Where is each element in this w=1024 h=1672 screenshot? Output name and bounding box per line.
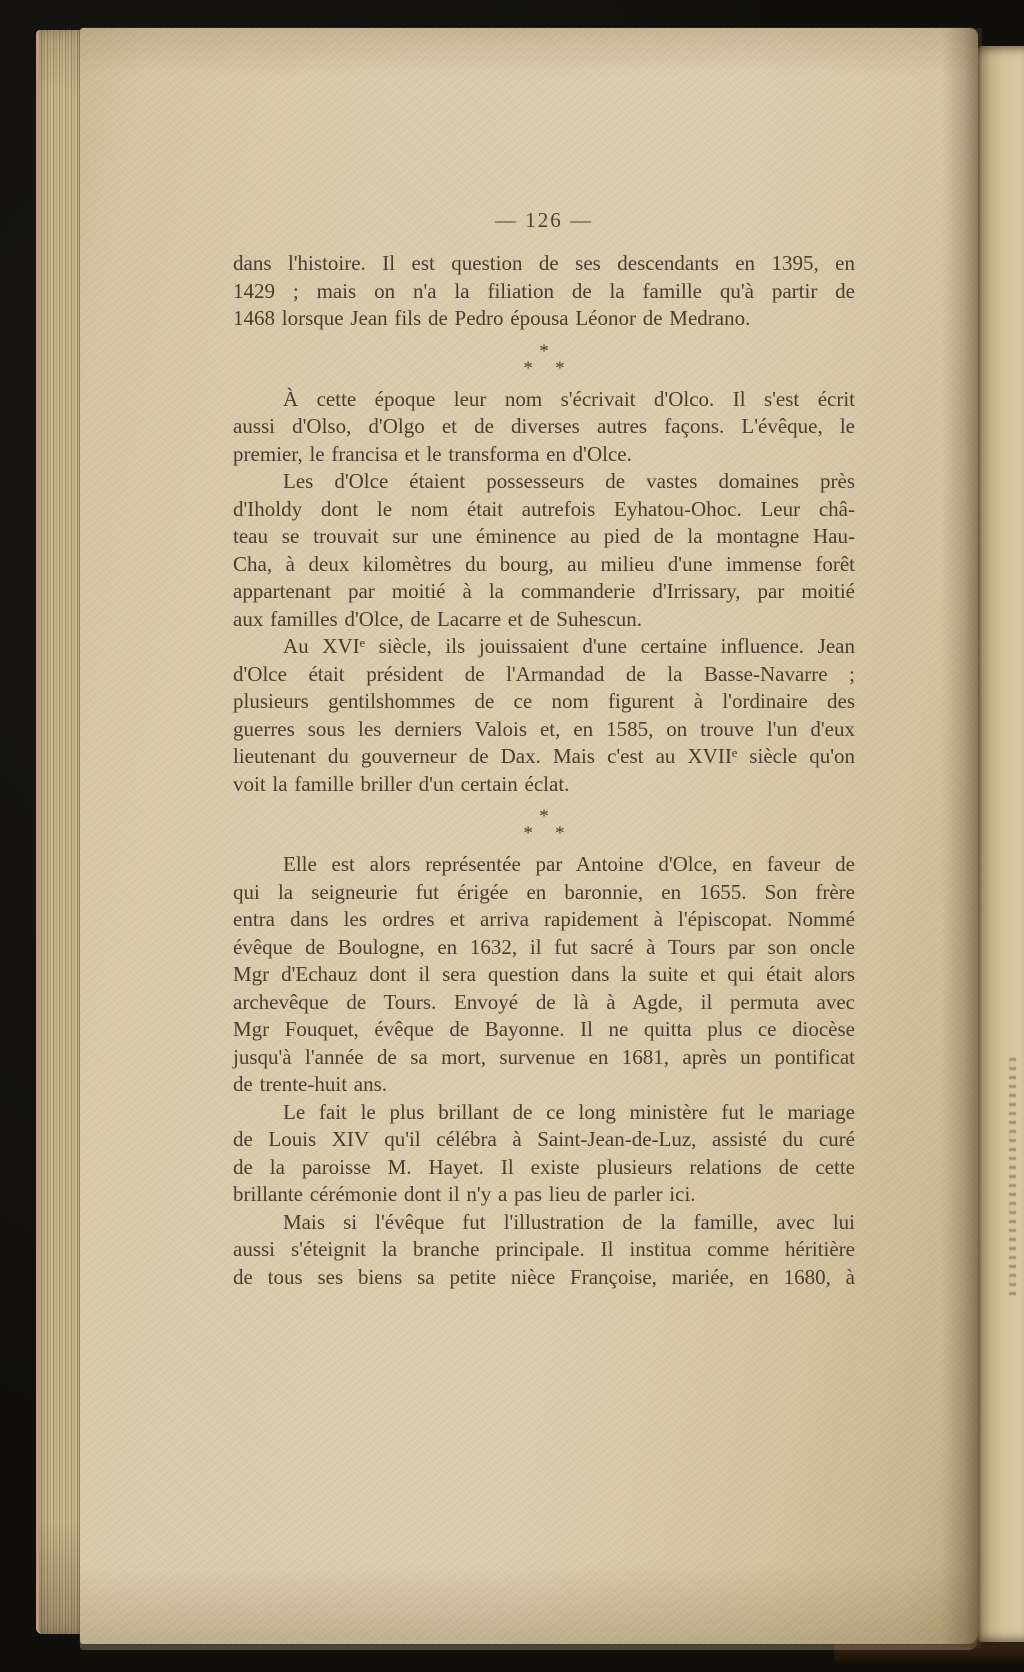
asterisk-glyph: * [233,343,855,360]
paragraph: Elle est alors représentée par Antoine d… [233,851,855,1099]
text-line: 1468 lorsque Jean fils de Pedro épousa L… [233,305,855,333]
text-line: premier, le francisa et le transforma en… [233,441,855,469]
text-line: 1429 ; mais on n'a la filiation de la fa… [233,278,855,306]
text-line: teau se trouvait sur une éminence au pie… [233,523,855,551]
text-line: qui la seigneurie fut érigée en baronnie… [233,879,855,907]
asterisk-glyphs: * * [233,825,855,842]
text-line: Les d'Olce étaient possesseurs de vastes… [233,468,855,496]
text-line: évêque de Boulogne, en 1632, il fut sacr… [233,934,855,962]
text-line: aussi d'Olso, d'Olgo et de diverses autr… [233,413,855,441]
text-line: guerres sous les derniers Valois et, en … [233,716,855,744]
text-line: Au XVIᵉ siècle, ils jouissaient d'une ce… [233,633,855,661]
text-line: d'Olce était président de l'Armandad de … [233,661,855,689]
text-line: voit la famille briller d'un certain écl… [233,771,855,799]
text-line: brillante cérémonie dont il n'y a pas li… [233,1181,855,1209]
paragraph: Mais si l'évêque fut l'illustration de l… [233,1209,855,1292]
text-line: jusqu'à l'année de sa mort, survenue en … [233,1044,855,1072]
book-page: — 126 — dans l'histoire. Il est question… [80,28,978,1644]
text-line: archevêque de Tours. Envoyé de là à Agde… [233,989,855,1017]
text-line: de Louis XIV qu'il célébra à Saint-Jean-… [233,1126,855,1154]
text-line: de trente-huit ans. [233,1071,855,1099]
text-line: aux familles d'Olce, de Lacarre et de Su… [233,606,855,634]
text-line: de la paroisse M. Hayet. Il existe plusi… [233,1154,855,1182]
text-line: À cette époque leur nom s'écrivait d'Olc… [233,386,855,414]
text-line: Elle est alors représentée par Antoine d… [233,851,855,879]
text-line: dans l'histoire. Il est question de ses … [233,250,855,278]
text-line: Mais si l'évêque fut l'illustration de l… [233,1209,855,1237]
paragraph: À cette époque leur nom s'écrivait d'Olc… [233,386,855,469]
next-page-edge [978,46,1024,1642]
next-page-printed-fragment [1009,1058,1016,1300]
asterisk-separator: ** * [233,343,855,377]
paragraph: Au XVIᵉ siècle, ils jouissaient d'une ce… [233,633,855,798]
text-line: Cha, à deux kilomètres du bourg, au mili… [233,551,855,579]
text-line: appartenant par moitié à la commanderie … [233,578,855,606]
text-line: Mgr Fouquet, évêque de Bayonne. Il ne qu… [233,1016,855,1044]
text-block: dans l'histoire. Il est question de ses … [233,250,855,1291]
text-line: Le fait le plus brillant de ce long mini… [233,1099,855,1127]
text-line: aussi s'éteignit la branche principale. … [233,1236,855,1264]
text-line: d'Iholdy dont le nom était autrefois Eyh… [233,496,855,524]
asterisk-glyphs: * * [233,360,855,377]
text-line: Mgr d'Echauz dont il sera question dans … [233,961,855,989]
paragraph: Le fait le plus brillant de ce long mini… [233,1099,855,1209]
paragraph: Les d'Olce étaient possesseurs de vastes… [233,468,855,633]
page-edges-stack [36,30,85,1634]
paragraph: dans l'histoire. Il est question de ses … [233,250,855,333]
page-number: — 126 — [233,208,855,233]
text-line: plusieurs gentilshommes de ce nom figure… [233,688,855,716]
text-line: entra dans les ordres et arriva rapideme… [233,906,855,934]
text-line: de tous ses biens sa petite nièce Franço… [233,1264,855,1292]
text-line: lieutenant du gouverneur de Dax. Mais c'… [233,743,855,771]
asterisk-separator: ** * [233,808,855,842]
